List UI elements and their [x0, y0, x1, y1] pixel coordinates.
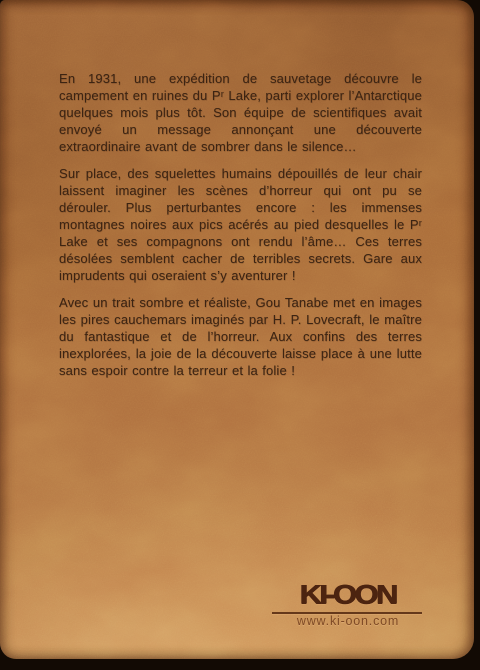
synopsis-paragraph-2: Sur place, des squelettes humains dépoui…	[59, 165, 422, 284]
book-back-cover: En 1931, une expédition de sauvetage déc…	[0, 0, 474, 659]
kioon-logo: KI-OON	[300, 583, 396, 608]
publisher-website: www.ki-oon.com	[270, 614, 426, 628]
synopsis-text-block: En 1931, une expédition de sauvetage déc…	[59, 70, 422, 389]
publisher-block: KI-OON www.ki-oon.com	[270, 580, 426, 608]
synopsis-paragraph-3: Avec un trait sombre et réaliste, Gou Ta…	[59, 294, 422, 379]
synopsis-paragraph-1: En 1931, une expédition de sauvetage déc…	[59, 70, 422, 155]
scanned-book-photo: En 1931, une expédition de sauvetage déc…	[0, 0, 480, 670]
